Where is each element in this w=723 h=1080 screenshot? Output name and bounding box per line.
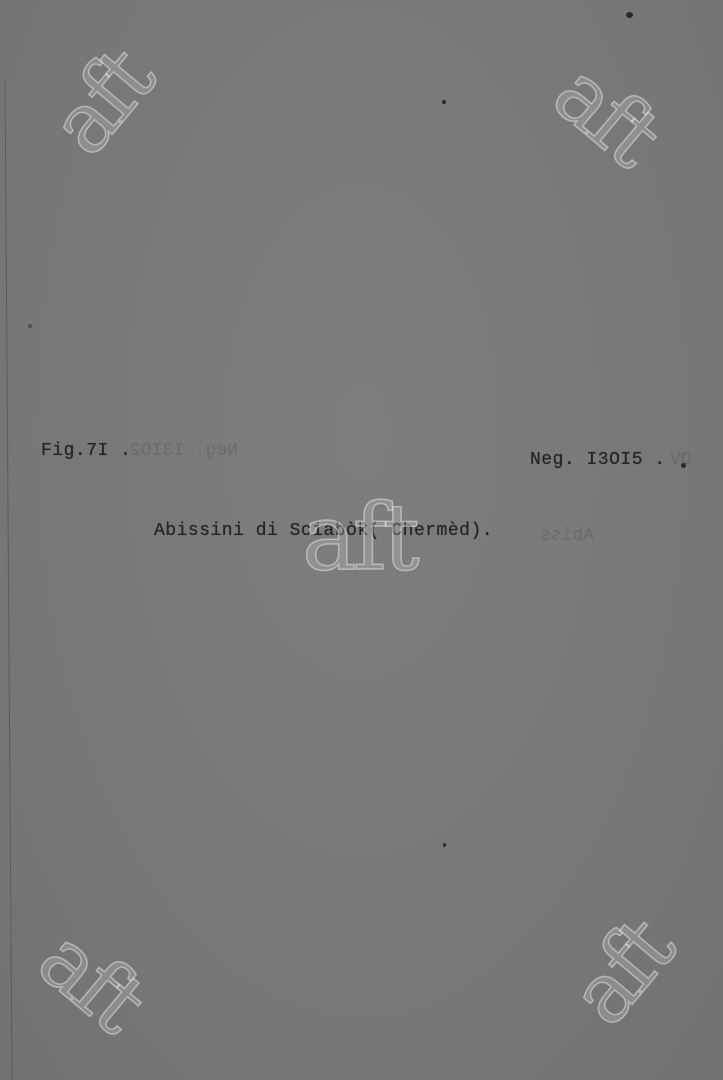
bleed-through-text: Abiss (540, 526, 594, 546)
watermark-logo: aft (540, 49, 673, 180)
dust-speck (442, 100, 446, 104)
watermark-logo: aft (25, 915, 158, 1046)
bleed-through-text: Neg. I3IO2 (130, 441, 238, 461)
card-edge-line (5, 80, 13, 1080)
dust-speck (626, 12, 633, 18)
scanned-card: Neg. I3IO2 OV Abiss Fig.7I . Neg. I3OI5 … (0, 0, 723, 1080)
figure-number: Fig.7I . (41, 441, 131, 461)
bleed-through-text: OV (670, 450, 692, 470)
negative-number: Neg. I3OI5 . (530, 450, 666, 470)
dust-speck (28, 324, 32, 328)
watermark-logo: aft (556, 906, 687, 1039)
dust-speck (443, 843, 446, 847)
watermark-logo: aft (36, 36, 167, 169)
watermark-logo: aft (302, 492, 416, 584)
